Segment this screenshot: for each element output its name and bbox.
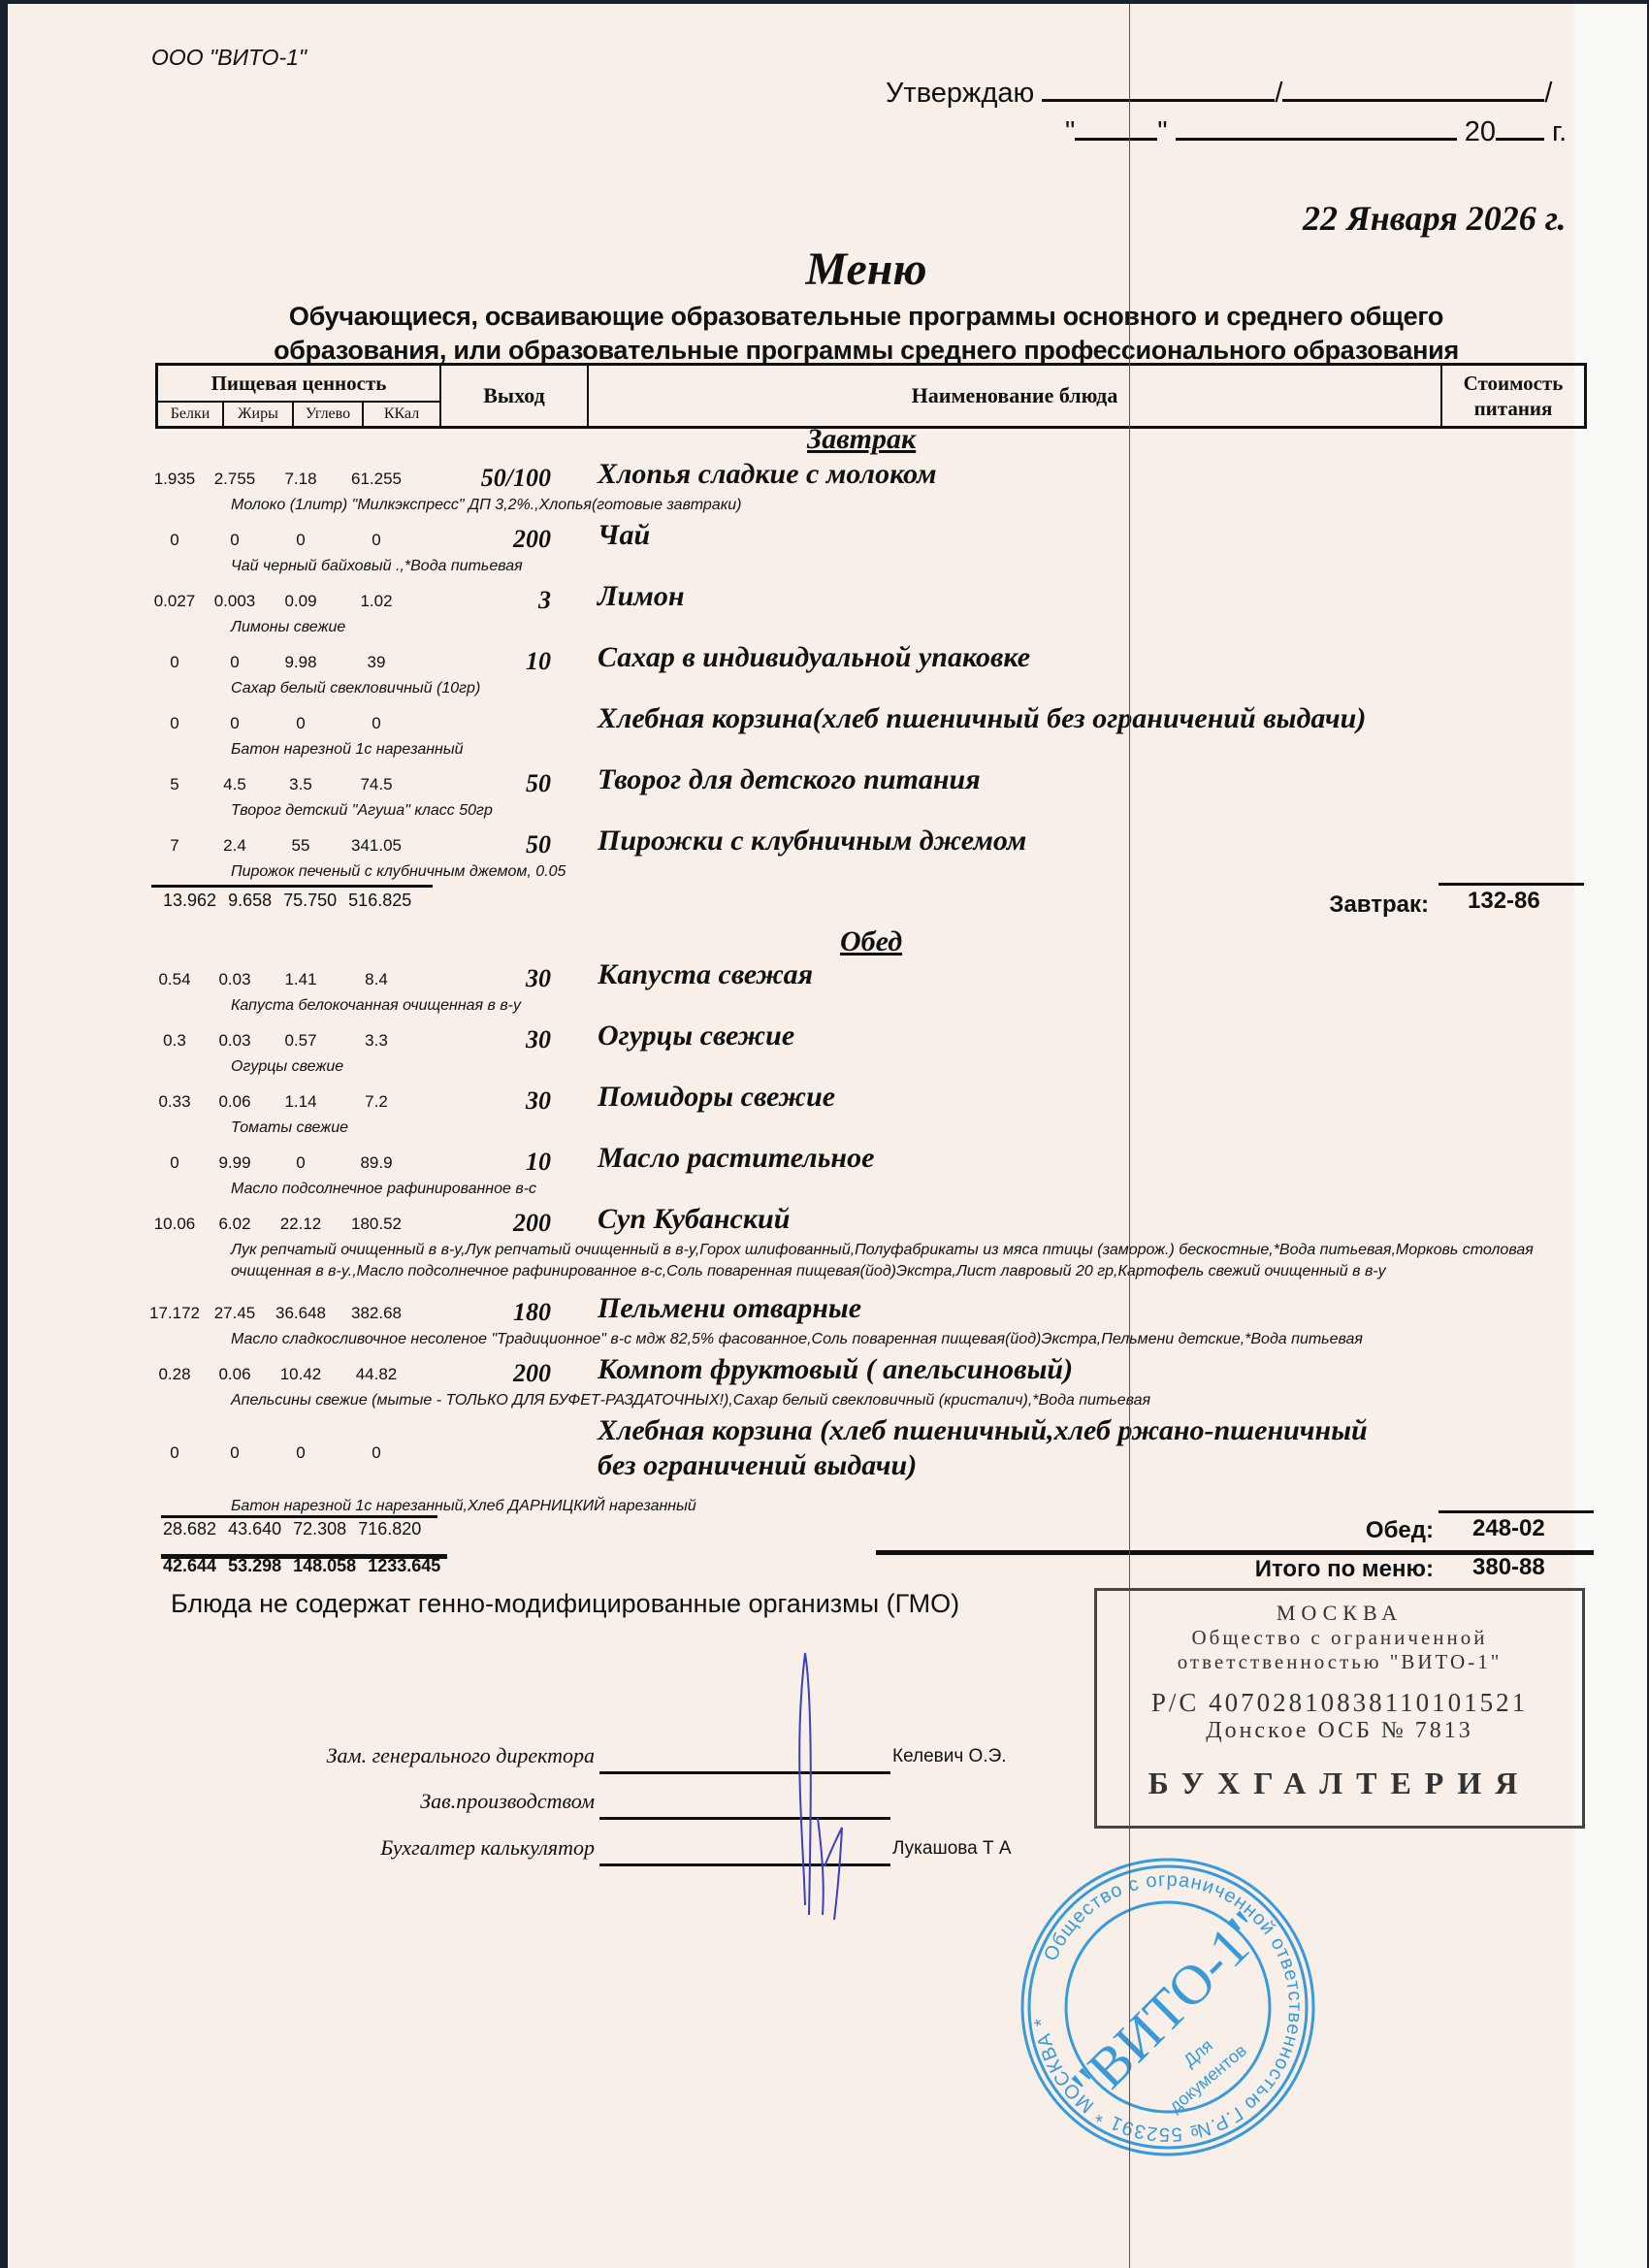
nutrition-kcal: 61.255 [338,470,415,489]
approve-label: Утверждаю [886,78,1034,109]
dish-name: Творог для детского питания [598,763,981,796]
nutrition-carbs: 9.98 [262,653,339,672]
nutrition-carbs: 0 [262,1443,339,1463]
signature-role-production-head: Зав.производством [168,1789,595,1814]
dish-ingredients: Томаты свежие [231,1118,1589,1139]
header-nutrition: Пищевая ценность [158,366,441,403]
dish-name: Сахар в индивидуальной упаковке [598,641,1030,674]
nutrition-kcal: 1.02 [338,592,415,611]
dish-yield: 50 [435,830,551,859]
dish-ingredients: Батон нарезной 1с нарезанный,Хлеб ДАРНИЦ… [231,1496,1589,1517]
dish-ingredients: Батон нарезной 1с нарезанный [231,739,1589,761]
dish-ingredients: Апельсины свежие (мытые - ТОЛЬКО ДЛЯ БУФ… [231,1390,1589,1411]
header-protein: Белки [158,403,224,426]
approval-signature-line [1042,76,1275,102]
nutrition-kcal: 39 [338,653,415,672]
breakfast-cost-label: Завтрак: [1269,891,1429,919]
nutrition-kcal: 0 [338,531,415,550]
signature-role-accountant: Бухгалтер калькулятор [168,1835,595,1861]
grand-totals: 42.64453.298148.0581233.645 [163,1556,452,1576]
dish-name: Хлопья сладкие с молоком [598,458,937,491]
nutrition-carbs: 3.5 [262,775,339,794]
nutrition-kcal: 382.68 [338,1304,415,1323]
dish-ingredients: Сахар белый свекловичный (10гр) [231,678,1589,699]
gmo-note: Блюда не содержат генно-модифицированные… [171,1589,959,1619]
signature-role-deputy-director: Зам. генерального директора [168,1743,595,1768]
dish-ingredients: Творог детский "Агуша" класс 50гр [231,800,1589,822]
nutrition-kcal: 89.9 [338,1153,415,1173]
header-dish-name: Наименование блюда [589,366,1442,426]
nutrition-carbs: 0 [262,714,339,733]
grand-total-cost: 380-88 [1472,1554,1545,1581]
breakfast-cost: 132-86 [1468,888,1540,915]
dish-name: Чай [598,519,650,552]
header-kcal: ККал [364,403,441,426]
lunch-totals: 28.68243.64072.308716.820 [163,1519,433,1539]
grand-total-label: Итого по меню: [1152,1556,1434,1583]
header-cost: Стоимостьпитания [1442,366,1584,426]
nutrition-carbs: 10.42 [262,1365,339,1384]
dish-yield: 200 [435,525,551,554]
dish-ingredients: Масло сладкосливочное несоленое "Традици… [231,1329,1589,1350]
dish-yield: 30 [435,1025,551,1054]
dish-ingredients: Лимоны свежие [231,617,1589,638]
dish-name: Компот фруктовый ( апельсиновый) [598,1353,1073,1386]
header-carbs: Углево [294,403,364,426]
dish-yield: 180 [435,1298,551,1327]
dish-name: Пельмени отварные [598,1292,861,1325]
dish-yield: 30 [435,1086,551,1116]
dish-yield: 50/100 [435,464,551,493]
nutrition-kcal: 8.4 [338,970,415,989]
signature-name-deputy-director: Келевич О.Э. [892,1746,1007,1767]
lunch-cost: 248-02 [1472,1515,1545,1542]
dish-yield: 200 [435,1209,551,1238]
nutrition-kcal: 3.3 [338,1031,415,1051]
organization-name: ООО "ВИТО-1" [151,45,307,71]
dish-ingredients: Лук репчатый очищенный в в-у,Лук репчаты… [231,1240,1589,1282]
section-lunch: Обед [840,925,902,958]
document-page: ООО "ВИТО-1" Утверждаю // "" 20 г. 22 Ян… [8,4,1647,2268]
nutrition-kcal: 74.5 [338,775,415,794]
menu-date: 22 Января 2026 г. [1303,198,1567,239]
dish-yield: 3 [435,586,551,615]
nutrition-carbs: 0.09 [262,592,339,611]
nutrition-kcal: 0 [338,1443,415,1463]
nutrition-carbs: 55 [262,836,339,856]
signature-name-accountant: Лукашова Т А [892,1838,1012,1860]
accounting-stamp: МОСКВА Общество с ограниченной ответстве… [1094,1588,1585,1829]
nutrition-carbs: 36.648 [262,1304,339,1323]
header-fat: Жиры [224,403,294,426]
approval-date: "" 20 г. [1065,114,1567,148]
dish-name: Огурцы свежие [598,1020,794,1053]
handwritten-signature [764,1643,881,1925]
nutrition-carbs: 22.12 [262,1215,339,1234]
approval-name-line [1282,76,1544,102]
section-breakfast: Завтрак [807,423,916,456]
header-yield: Выход [441,366,589,426]
nutrition-carbs: 0.57 [262,1031,339,1051]
page-subtitle: Обучающиеся, осваивающие образовательные… [153,300,1579,368]
nutrition-kcal: 341.05 [338,836,415,856]
dish-name: Хлебная корзина(хлеб пшеничный без огран… [598,702,1366,735]
dish-yield: 200 [435,1359,551,1388]
nutrition-carbs: 7.18 [262,470,339,489]
dish-name: Хлебная корзина (хлеб пшеничный,хлеб ржа… [598,1414,1368,1447]
dish-name: Пирожки с клубничным джемом [598,825,1026,858]
dish-yield: 50 [435,769,551,798]
dish-name: Лимон [598,580,684,613]
nutrition-kcal: 180.52 [338,1215,415,1234]
dish-name: Капуста свежая [598,958,813,991]
nutrition-carbs: 1.14 [262,1092,339,1112]
approval-block: Утверждаю // [886,76,1552,110]
dish-ingredients: Чай черный байховый .,*Вода питьевая [231,556,1589,577]
dish-yield: 10 [435,647,551,676]
scan-fold-line [1129,4,1130,2268]
nutrition-kcal: 0 [338,714,415,733]
dish-ingredients: Капуста белокочанная очищенная в в-у [231,995,1589,1017]
nutrition-carbs: 0 [262,1153,339,1173]
nutrition-kcal: 44.82 [338,1365,415,1384]
dish-name: Масло растительное [598,1142,874,1175]
dish-ingredients: Огурцы свежие [231,1056,1589,1078]
lunch-cost-label: Обед: [1269,1517,1434,1544]
table-header: Пищевая ценность Белки Жиры Углево ККал … [155,363,1587,429]
dish-name-line2: без ограничений выдачи) [598,1449,917,1482]
dish-ingredients: Пирожок печеный с клубничным джемом, 0.0… [231,861,1589,883]
svg-text:"ВИТО-1": "ВИТО-1" [1059,1898,1277,2117]
nutrition-kcal: 7.2 [338,1092,415,1112]
round-company-seal: Общество с ограниченной ответственностью… [1013,1852,1323,2162]
nutrition-carbs: 0 [262,531,339,550]
nutrition-carbs: 1.41 [262,970,339,989]
dish-ingredients: Масло подсолнечное рафинированное в-с [231,1179,1589,1200]
page-title: Меню [8,243,1649,296]
dish-yield: 10 [435,1148,551,1177]
dish-name: Помидоры свежие [598,1081,835,1114]
breakfast-totals: 13.9629.65875.750516.825 [163,891,423,911]
dish-ingredients: Молоко (1литр) "Милкэкспресс" ДП 3,2%.,Х… [231,495,1589,516]
dish-name: Суп Кубанский [598,1203,790,1236]
dish-yield: 30 [435,964,551,993]
